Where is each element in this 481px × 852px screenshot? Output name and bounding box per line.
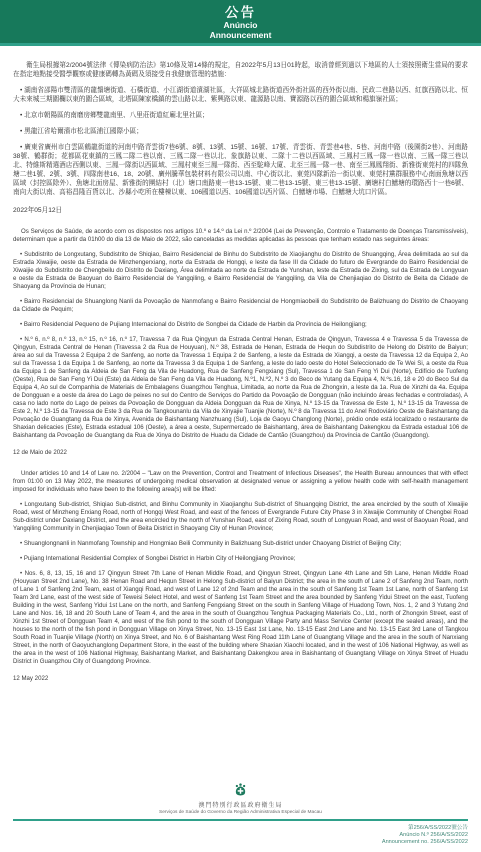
section-english: Under articles 10 and 14 of Law no. 2/20… xyxy=(13,470,468,683)
pt-bullet-beijing: Bairro Residencial de Shuanglong Nanli d… xyxy=(13,298,468,314)
reference-number-zh: 第256/A/SS/2022號公告 xyxy=(0,825,468,832)
zh-bullet-heilongjiang: 黑龍江省哈爾濱市松北區浦江國際小區； xyxy=(13,127,468,136)
reference-number-block: 第256/A/SS/2022號公告 Anúncio N.º 256/A/SS/2… xyxy=(0,825,481,846)
zh-bullet-hunan: 湖南省邵陽市雙清區的龍鬚塘街道、石橋街道、小江湖街道濱湖社區，大祥區城北路街道西… xyxy=(13,86,468,104)
reference-number-en: Announcement no. 256/A/SS/2022 xyxy=(0,839,468,846)
footer: 澳門特別行政區政府衛生局 Serviços de Saúde do Govern… xyxy=(0,783,481,846)
bureau-name-zh: 澳門特別行政區政府衛生局 xyxy=(0,803,481,810)
zh-bullet-guangdong: 廣東省廣州市白雲區鶴龍街道的河南中路青雲街7巷6號、8號、13號、15號、16號… xyxy=(13,143,468,197)
pt-bullet-heilongjiang: Bairro Residencial Pequeno de Pujiang In… xyxy=(13,321,468,329)
pt-bullet-hunan: Subdistrito de Longxutang, Subdistrito d… xyxy=(13,251,468,291)
banner-title-pt: Anúncio xyxy=(0,20,481,30)
section-chinese: 衛生局根據第2/2004號法律《傳染病防治法》第10條及第14條的規定，自202… xyxy=(13,61,468,215)
pt-date: 12 de Maio de 2022 xyxy=(13,449,468,457)
en-bullet-hunan: Longxutang Sub-district, Shiqiao Sub-dis… xyxy=(13,501,468,533)
pt-bullet-guangdong: N.º 6, n.º 8, n.º 13, n.º 15, n.º 16, n.… xyxy=(13,336,468,440)
zh-bullet-beijing: 北京市朝陽區的南磨房鄉雙龍南里、八里莊街道紅廟北里社區； xyxy=(13,111,468,120)
announcement-banner: 公告 Anúncio Announcement xyxy=(0,0,481,46)
en-bullet-heilongjiang: Pujiang International Residential Comple… xyxy=(13,555,468,563)
bureau-name-pt: Serviços de Saúde do Governo da Região A… xyxy=(0,810,481,816)
health-bureau-emblem-icon xyxy=(233,783,248,798)
reference-number-pt: Anúncio N.º 256/A/SS/2022 xyxy=(0,832,468,839)
zh-intro-paragraph: 衛生局根據第2/2004號法律《傳染病防治法》第10條及第14條的規定，自202… xyxy=(13,61,468,79)
en-intro-paragraph: Under articles 10 and 14 of Law no. 2/20… xyxy=(13,470,468,494)
en-date: 12 May 2022 xyxy=(13,675,468,683)
en-bullet-beijing: Shuanglongnanli in Nanmofang Township an… xyxy=(13,540,468,548)
banner-title-en: Announcement xyxy=(0,30,481,40)
section-portuguese: Os Serviços de Saúde, de acordo com os d… xyxy=(13,228,468,457)
banner-title-zh: 公告 xyxy=(0,5,481,20)
pt-intro-paragraph: Os Serviços de Saúde, de acordo com os d… xyxy=(13,228,468,244)
en-bullet-guangdong: Nos. 6, 8, 13, 15, 16 and 17 Qingyun Str… xyxy=(13,570,468,666)
footer-divider xyxy=(13,819,468,821)
zh-date: 2022年05月12日 xyxy=(13,206,468,215)
announcement-body: 衛生局根據第2/2004號法律《傳染病防治法》第10條及第14條的規定，自202… xyxy=(0,46,481,683)
